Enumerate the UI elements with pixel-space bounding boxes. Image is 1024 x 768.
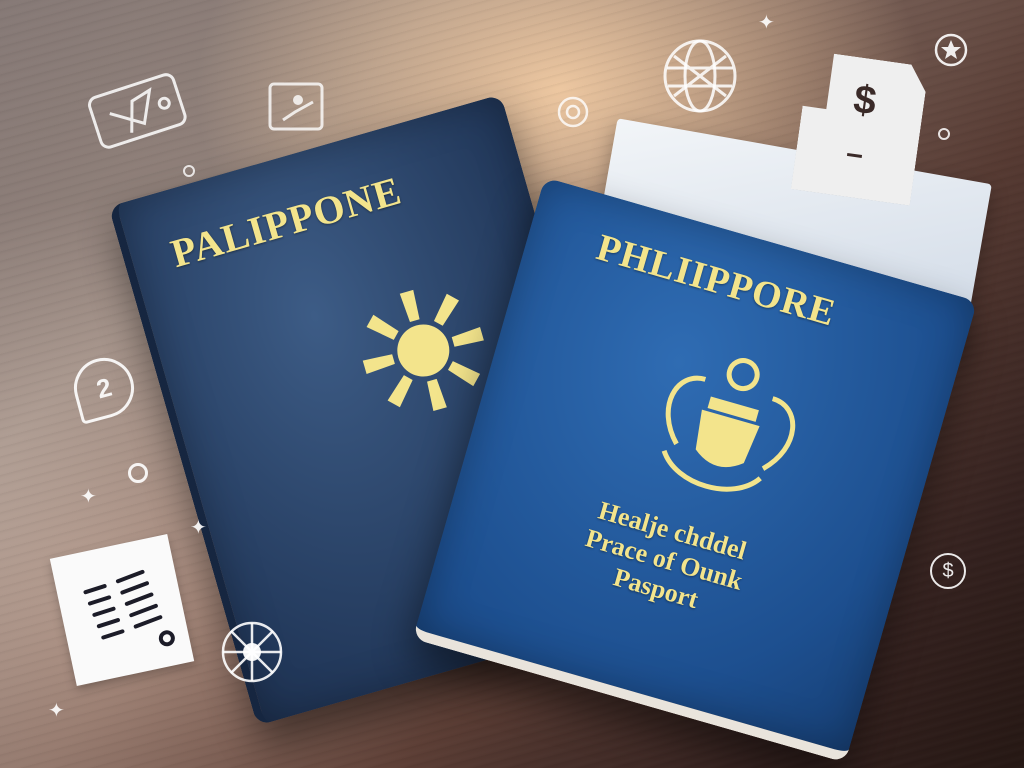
wheel-icon [220, 620, 284, 684]
globe-icon [662, 38, 738, 114]
eagle-crest-icon [615, 324, 832, 527]
sparkle-icon: ✦ [48, 698, 65, 723]
dollar-coin-icon: $ [930, 553, 966, 589]
photo-card-icon [265, 72, 325, 132]
small-circle-icon [128, 463, 148, 483]
target-icon [556, 95, 590, 129]
envelope-icon [85, 70, 190, 150]
small-circle-icon [183, 165, 195, 177]
sparkle-icon: ✦ [190, 515, 207, 540]
sparkle-icon: ✦ [80, 484, 97, 509]
sparkle-icon: ✦ [758, 10, 775, 35]
small-circle-icon [938, 128, 950, 140]
left-passport-title: PALIPPONE [166, 167, 407, 278]
star-badge-icon [933, 32, 969, 68]
